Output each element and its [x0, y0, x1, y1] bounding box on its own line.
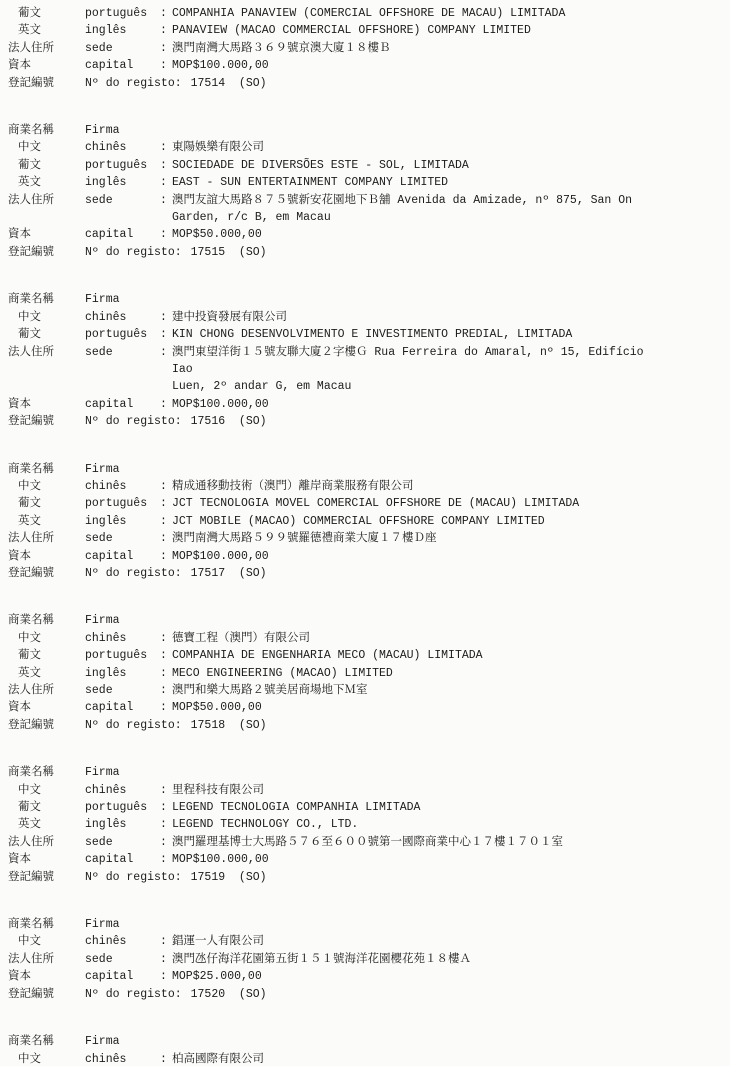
- registo-number: 17515 (SO): [191, 244, 660, 261]
- field-row: 法人住所sede:澳門羅理基博士大馬路５７６至６００號第一國際商業中心１７樓１７…: [8, 834, 660, 851]
- field-value: COMPANHIA DE ENGENHARIA MECO (MACAU) LIM…: [172, 647, 660, 664]
- field-row: 英文inglês:EAST - SUN ENTERTAINMENT COMPAN…: [8, 174, 660, 191]
- colon: :: [160, 630, 172, 647]
- field-label-zh: 中文: [8, 782, 85, 799]
- company-entry: 葡文português:COMPANHIA PANAVIEW (COMERCIA…: [8, 5, 660, 92]
- company-entry: 商業名稱Firma中文chinês:東陽娛樂有限公司葡文português:SO…: [8, 122, 660, 261]
- field-label-pt: português: [85, 5, 160, 22]
- field-label-zh: 法人住所: [8, 530, 85, 547]
- field-label-zh: 中文: [8, 630, 85, 647]
- registo-row: 登記編號Nº do registo:17516 (SO): [8, 413, 660, 430]
- field-value: EAST - SUN ENTERTAINMENT COMPANY LIMITED: [172, 174, 660, 191]
- colon: :: [160, 157, 172, 174]
- field-value: JCT TECNOLOGIA MOVEL COMERCIAL OFFSHORE …: [172, 495, 660, 512]
- firma-label-zh: 商業名稱: [8, 461, 85, 478]
- firma-header-row: 商業名稱Firma: [8, 122, 660, 139]
- field-label-pt: chinês: [85, 1051, 160, 1066]
- field-label-pt: português: [85, 799, 160, 816]
- colon: :: [160, 22, 172, 39]
- field-row: 葡文português:JCT TECNOLOGIA MOVEL COMERCI…: [8, 495, 660, 512]
- field-label-pt: sede: [85, 344, 160, 361]
- field-label-zh: 法人住所: [8, 682, 85, 699]
- field-row: 法人住所sede:澳門友誼大馬路８７５號新安花園地下Ｂ舖 Avenida da …: [8, 192, 660, 227]
- field-label-pt: chinês: [85, 782, 160, 799]
- field-value: SOCIEDADE DE DIVERSÕES ESTE - SOL, LIMIT…: [172, 157, 660, 174]
- field-value: MOP$50.000,00: [172, 699, 660, 716]
- field-label-pt: inglês: [85, 513, 160, 530]
- field-value: MOP$100.000,00: [172, 548, 660, 565]
- field-label-zh: 英文: [8, 22, 85, 39]
- firma-label-zh: 商業名稱: [8, 764, 85, 781]
- firma-header-row: 商業名稱Firma: [8, 612, 660, 629]
- field-label-zh: 資本: [8, 699, 85, 716]
- colon: :: [160, 5, 172, 22]
- field-label-zh: 法人住所: [8, 951, 85, 968]
- field-row: 資本capital:MOP$100.000,00: [8, 548, 660, 565]
- field-value: 澳門東望洋街１５號友聯大廈２字樓Ｇ Rua Ferreira do Amaral…: [172, 344, 660, 396]
- field-row: 葡文português:KIN CHONG DESENVOLVIMENTO E …: [8, 326, 660, 343]
- registo-label-pt: Nº do registo:: [85, 244, 182, 261]
- field-label-pt: capital: [85, 226, 160, 243]
- field-label-zh: 資本: [8, 57, 85, 74]
- field-row: 資本capital:MOP$100.000,00: [8, 57, 660, 74]
- firma-label-zh: 商業名稱: [8, 612, 85, 629]
- colon: :: [160, 513, 172, 530]
- company-entry: 商業名稱Firma中文chinês:柏高國際有限公司: [8, 1033, 660, 1066]
- colon: :: [160, 816, 172, 833]
- field-label-pt: inglês: [85, 22, 160, 39]
- registo-label-zh: 登記編號: [8, 244, 85, 261]
- field-row: 葡文português:LEGEND TECNOLOGIA COMPANHIA …: [8, 799, 660, 816]
- registo-label-pt: Nº do registo:: [85, 717, 182, 734]
- registo-number: 17518 (SO): [191, 717, 660, 734]
- colon: :: [160, 782, 172, 799]
- company-entry: 商業名稱Firma中文chinês:德寶工程（澳門）有限公司葡文portuguê…: [8, 612, 660, 734]
- firma-header-row: 商業名稱Firma: [8, 916, 660, 933]
- field-label-pt: inglês: [85, 665, 160, 682]
- field-value: 錩運一人有限公司: [172, 933, 660, 950]
- company-entry: 商業名稱Firma中文chinês:精成通移動技術（澳門）離岸商業服務有限公司葡…: [8, 461, 660, 583]
- field-value: LEGEND TECNOLOGIA COMPANHIA LIMITADA: [172, 799, 660, 816]
- registo-number: 17517 (SO): [191, 565, 660, 582]
- firma-label-zh: 商業名稱: [8, 916, 85, 933]
- field-value: 澳門羅理基博士大馬路５７６至６００號第一國際商業中心１７樓１７０１室: [172, 834, 660, 851]
- field-row: 葡文português:COMPANHIA PANAVIEW (COMERCIA…: [8, 5, 660, 22]
- field-row: 法人住所sede:澳門和樂大馬路２號美居商場地下Ｍ室: [8, 682, 660, 699]
- colon: :: [160, 682, 172, 699]
- colon: :: [160, 344, 172, 361]
- field-label-pt: sede: [85, 192, 160, 209]
- field-label-pt: chinês: [85, 630, 160, 647]
- field-label-zh: 資本: [8, 226, 85, 243]
- field-row: 中文chinês:錩運一人有限公司: [8, 933, 660, 950]
- field-label-zh: 中文: [8, 1051, 85, 1066]
- field-value: COMPANHIA PANAVIEW (COMERCIAL OFFSHORE D…: [172, 5, 660, 22]
- field-value: 澳門和樂大馬路２號美居商場地下Ｍ室: [172, 682, 660, 699]
- colon: :: [160, 1051, 172, 1066]
- company-entry: 商業名稱Firma中文chinês:錩運一人有限公司法人住所sede:澳門氹仔海…: [8, 916, 660, 1003]
- field-row: 資本capital:MOP$100.000,00: [8, 851, 660, 868]
- field-label-zh: 資本: [8, 548, 85, 565]
- firma-label-zh: 商業名稱: [8, 122, 85, 139]
- company-entry: 商業名稱Firma中文chinês:建中投資發展有限公司葡文português:…: [8, 291, 660, 430]
- registo-row: 登記編號Nº do registo:17515 (SO): [8, 244, 660, 261]
- colon: :: [160, 326, 172, 343]
- field-label-pt: capital: [85, 57, 160, 74]
- firma-header-row: 商業名稱Firma: [8, 291, 660, 308]
- colon: :: [160, 799, 172, 816]
- field-label-pt: chinês: [85, 933, 160, 950]
- field-label-pt: chinês: [85, 478, 160, 495]
- colon: :: [160, 530, 172, 547]
- firma-label-pt: Firma: [85, 764, 160, 781]
- registo-label-zh: 登記編號: [8, 986, 85, 1003]
- field-row: 法人住所sede:澳門南灣大馬路３６９號京澳大廈１８樓Ｂ: [8, 40, 660, 57]
- registo-label-pt: Nº do registo:: [85, 75, 182, 92]
- firma-label-pt: Firma: [85, 612, 160, 629]
- registo-number: 17520 (SO): [191, 986, 660, 1003]
- firma-label-pt: Firma: [85, 916, 160, 933]
- firma-label-pt: Firma: [85, 461, 160, 478]
- registo-label-zh: 登記編號: [8, 75, 85, 92]
- colon: :: [160, 309, 172, 326]
- field-label-pt: sede: [85, 682, 160, 699]
- field-label-zh: 英文: [8, 816, 85, 833]
- field-label-pt: sede: [85, 40, 160, 57]
- firma-header-row: 商業名稱Firma: [8, 764, 660, 781]
- field-value: MOP$50.000,00: [172, 226, 660, 243]
- field-label-zh: 法人住所: [8, 344, 85, 361]
- field-value: PANAVIEW (MACAO COMMERCIAL OFFSHORE) COM…: [172, 22, 660, 39]
- firma-label-pt: Firma: [85, 1033, 160, 1050]
- colon: :: [160, 968, 172, 985]
- colon: :: [160, 548, 172, 565]
- field-row: 中文chinês:里程科技有限公司: [8, 782, 660, 799]
- field-row: 英文inglês:LEGEND TECHNOLOGY CO., LTD.: [8, 816, 660, 833]
- field-label-pt: chinês: [85, 139, 160, 156]
- registo-number: 17516 (SO): [191, 413, 660, 430]
- field-label-pt: capital: [85, 851, 160, 868]
- field-label-pt: português: [85, 326, 160, 343]
- field-label-pt: capital: [85, 548, 160, 565]
- firma-label-pt: Firma: [85, 291, 160, 308]
- field-label-zh: 葡文: [8, 799, 85, 816]
- field-label-pt: português: [85, 647, 160, 664]
- registo-row: 登記編號Nº do registo:17519 (SO): [8, 869, 660, 886]
- firma-label-zh: 商業名稱: [8, 291, 85, 308]
- registo-label-pt: Nº do registo:: [85, 869, 182, 886]
- colon: :: [160, 933, 172, 950]
- field-row: 中文chinês:德寶工程（澳門）有限公司: [8, 630, 660, 647]
- field-row: 葡文português:COMPANHIA DE ENGENHARIA MECO…: [8, 647, 660, 664]
- colon: :: [160, 647, 172, 664]
- field-row: 中文chinês:建中投資發展有限公司: [8, 309, 660, 326]
- field-row: 英文inglês:JCT MOBILE (MACAO) COMMERCIAL O…: [8, 513, 660, 530]
- field-label-zh: 葡文: [8, 495, 85, 512]
- colon: :: [160, 40, 172, 57]
- field-row: 英文inglês:MECO ENGINEERING (MACAO) LIMITE…: [8, 665, 660, 682]
- field-value: MOP$100.000,00: [172, 57, 660, 74]
- field-value: MOP$100.000,00: [172, 851, 660, 868]
- colon: :: [160, 699, 172, 716]
- field-row: 中文chinês:精成通移動技術（澳門）離岸商業服務有限公司: [8, 478, 660, 495]
- field-value: 澳門南灣大馬路３６９號京澳大廈１８樓Ｂ: [172, 40, 660, 57]
- colon: :: [160, 834, 172, 851]
- field-row: 中文chinês:柏高國際有限公司: [8, 1051, 660, 1066]
- field-label-zh: 資本: [8, 968, 85, 985]
- field-label-zh: 葡文: [8, 326, 85, 343]
- registo-label-pt: Nº do registo:: [85, 413, 182, 430]
- firma-label-zh: 商業名稱: [8, 1033, 85, 1050]
- field-row: 資本capital:MOP$50.000,00: [8, 226, 660, 243]
- colon: :: [160, 851, 172, 868]
- registo-label-pt: Nº do registo:: [85, 565, 182, 582]
- field-row: 中文chinês:東陽娛樂有限公司: [8, 139, 660, 156]
- colon: :: [160, 951, 172, 968]
- field-value: MOP$25.000,00: [172, 968, 660, 985]
- firma-header-row: 商業名稱Firma: [8, 1033, 660, 1050]
- firma-header-row: 商業名稱Firma: [8, 461, 660, 478]
- colon: :: [160, 226, 172, 243]
- field-value: 精成通移動技術（澳門）離岸商業服務有限公司: [172, 478, 660, 495]
- colon: :: [160, 174, 172, 191]
- field-value: MECO ENGINEERING (MACAO) LIMITED: [172, 665, 660, 682]
- registo-label-zh: 登記編號: [8, 717, 85, 734]
- field-label-zh: 葡文: [8, 647, 85, 664]
- field-row: 資本capital:MOP$100.000,00: [8, 396, 660, 413]
- field-value: MOP$100.000,00: [172, 396, 660, 413]
- field-value: JCT MOBILE (MACAO) COMMERCIAL OFFSHORE C…: [172, 513, 660, 530]
- field-label-zh: 英文: [8, 513, 85, 530]
- field-label-zh: 中文: [8, 933, 85, 950]
- field-value: KIN CHONG DESENVOLVIMENTO E INVESTIMENTO…: [172, 326, 660, 343]
- field-label-pt: português: [85, 157, 160, 174]
- field-value: 德寶工程（澳門）有限公司: [172, 630, 660, 647]
- field-value: 建中投資發展有限公司: [172, 309, 660, 326]
- field-label-zh: 中文: [8, 139, 85, 156]
- field-label-pt: capital: [85, 968, 160, 985]
- field-value: 東陽娛樂有限公司: [172, 139, 660, 156]
- company-entries: 葡文português:COMPANHIA PANAVIEW (COMERCIA…: [8, 5, 660, 1066]
- field-label-zh: 中文: [8, 478, 85, 495]
- field-label-zh: 資本: [8, 396, 85, 413]
- field-row: 葡文português:SOCIEDADE DE DIVERSÕES ESTE …: [8, 157, 660, 174]
- field-value: 澳門友誼大馬路８７５號新安花園地下Ｂ舖 Avenida da Amizade, …: [172, 192, 660, 227]
- field-label-pt: sede: [85, 530, 160, 547]
- field-row: 資本capital:MOP$25.000,00: [8, 968, 660, 985]
- colon: :: [160, 665, 172, 682]
- field-label-pt: sede: [85, 951, 160, 968]
- registo-label-pt: Nº do registo:: [85, 986, 182, 1003]
- colon: :: [160, 139, 172, 156]
- field-label-zh: 葡文: [8, 5, 85, 22]
- field-label-pt: sede: [85, 834, 160, 851]
- registo-row: 登記編號Nº do registo:17514 (SO): [8, 75, 660, 92]
- field-label-pt: capital: [85, 699, 160, 716]
- gazette-page: 葡文português:COMPANHIA PANAVIEW (COMERCIA…: [0, 0, 730, 1066]
- field-label-pt: inglês: [85, 174, 160, 191]
- company-entry: 商業名稱Firma中文chinês:里程科技有限公司葡文português:LE…: [8, 764, 660, 886]
- field-label-zh: 葡文: [8, 157, 85, 174]
- registo-label-zh: 登記編號: [8, 413, 85, 430]
- firma-label-pt: Firma: [85, 122, 160, 139]
- colon: :: [160, 478, 172, 495]
- colon: :: [160, 57, 172, 74]
- field-label-pt: inglês: [85, 816, 160, 833]
- registo-row: 登記編號Nº do registo:17517 (SO): [8, 565, 660, 582]
- registo-row: 登記編號Nº do registo:17520 (SO): [8, 986, 660, 1003]
- field-label-zh: 法人住所: [8, 40, 85, 57]
- colon: :: [160, 495, 172, 512]
- colon: :: [160, 192, 172, 209]
- field-value: 澳門氹仔海洋花園第五街１５１號海洋花園櫻花苑１８樓Ａ: [172, 951, 660, 968]
- field-label-zh: 英文: [8, 665, 85, 682]
- registo-label-zh: 登記編號: [8, 869, 85, 886]
- field-label-pt: capital: [85, 396, 160, 413]
- registo-number: 17514 (SO): [191, 75, 660, 92]
- registo-number: 17519 (SO): [191, 869, 660, 886]
- field-row: 法人住所sede:澳門氹仔海洋花園第五街１５１號海洋花園櫻花苑１８樓Ａ: [8, 951, 660, 968]
- registo-label-zh: 登記編號: [8, 565, 85, 582]
- field-row: 英文inglês:PANAVIEW (MACAO COMMERCIAL OFFS…: [8, 22, 660, 39]
- field-label-zh: 法人住所: [8, 834, 85, 851]
- field-label-zh: 英文: [8, 174, 85, 191]
- field-row: 法人住所sede:澳門東望洋街１５號友聯大廈２字樓Ｇ Rua Ferreira …: [8, 344, 660, 396]
- registo-row: 登記編號Nº do registo:17518 (SO): [8, 717, 660, 734]
- field-label-zh: 資本: [8, 851, 85, 868]
- field-label-zh: 中文: [8, 309, 85, 326]
- field-row: 法人住所sede:澳門南灣大馬路５９９號羅德禮商業大廈１７樓Ｄ座: [8, 530, 660, 547]
- field-label-zh: 法人住所: [8, 192, 85, 209]
- colon: :: [160, 396, 172, 413]
- field-value: LEGEND TECHNOLOGY CO., LTD.: [172, 816, 660, 833]
- field-row: 資本capital:MOP$50.000,00: [8, 699, 660, 716]
- field-label-pt: português: [85, 495, 160, 512]
- field-value: 里程科技有限公司: [172, 782, 660, 799]
- field-value: 柏高國際有限公司: [172, 1051, 660, 1066]
- field-label-pt: chinês: [85, 309, 160, 326]
- field-value: 澳門南灣大馬路５９９號羅德禮商業大廈１７樓Ｄ座: [172, 530, 660, 547]
